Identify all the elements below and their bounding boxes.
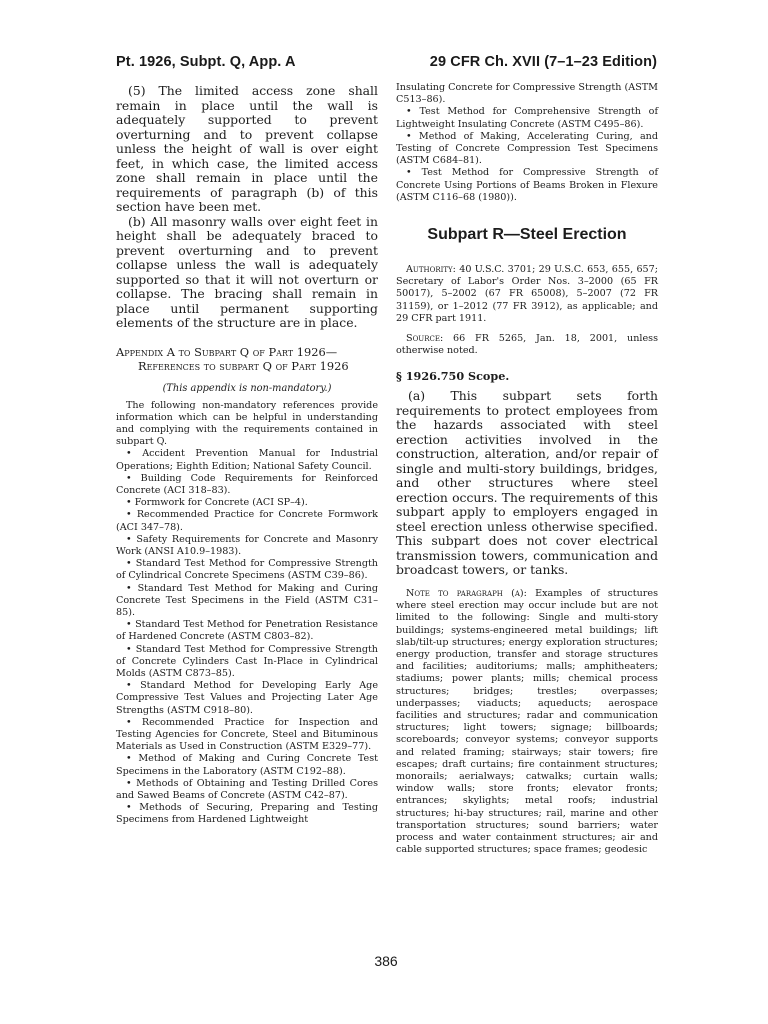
- reference-item: • Standard Test Method for Compressive S…: [116, 644, 378, 681]
- running-header-left: Pt. 1926, Subpt. Q, App. A: [116, 54, 296, 70]
- right-column: Insulating Concrete for Compressive Stre…: [396, 82, 658, 856]
- reference-item: • Standard Test Method for Compressive S…: [116, 558, 378, 582]
- authority-statement: Authority: 40 U.S.C. 3701; 29 U.S.C. 653…: [396, 264, 658, 325]
- paragraph-a: (a) This subpart sets forth requirements…: [396, 389, 658, 578]
- reference-item: • Method of Making, Accelerating Curing,…: [396, 131, 658, 168]
- reference-item: • Standard Test Method for Making and Cu…: [116, 583, 378, 620]
- appendix-nonmandatory-note: (This appendix is non-mandatory.): [116, 383, 378, 394]
- reference-continued: Insulating Concrete for Compressive Stre…: [396, 82, 658, 106]
- reference-item: • Method of Making and Curing Concrete T…: [116, 753, 378, 777]
- document-page: Pt. 1926, Subpt. Q, App. A 29 CFR Ch. XV…: [0, 0, 768, 1024]
- appendix-heading: Appendix A to Subpart Q of Part 1926—Ref…: [116, 345, 378, 373]
- reference-item: • Standard Test Method for Penetration R…: [116, 619, 378, 643]
- reference-item: • Accident Prevention Manual for Industr…: [116, 448, 378, 472]
- left-column: (5) The limited access zone shall remain…: [116, 84, 378, 827]
- note-label: Note to paragraph (a):: [406, 588, 527, 599]
- paragraph-5: (5) The limited access zone shall remain…: [116, 84, 378, 215]
- note-text: Examples of structures where steel erect…: [396, 588, 658, 855]
- reference-item: • Methods of Obtaining and Testing Drill…: [116, 778, 378, 802]
- subpart-heading: Subpart R—Steel Erection: [396, 226, 658, 244]
- source-statement: Source: 66 FR 5265, Jan. 18, 2001, unles…: [396, 333, 658, 357]
- reference-item: • Building Code Requirements for Reinfor…: [116, 473, 378, 497]
- note-to-paragraph-a: Note to paragraph (a): Examples of struc…: [396, 588, 658, 856]
- reference-item: • Recommended Practice for Inspection an…: [116, 717, 378, 754]
- reference-item: • Formwork for Concrete (ACI SP–4).: [116, 497, 378, 509]
- reference-item: • Test Method for Comprehensive Strength…: [396, 106, 658, 130]
- page-number: 386: [0, 953, 768, 969]
- paragraph-b: (b) All masonry walls over eight feet in…: [116, 215, 378, 331]
- reference-item: • Test Method for Compressive Strength o…: [396, 167, 658, 204]
- reference-item: • Standard Method for Developing Early A…: [116, 680, 378, 717]
- reference-item: • Recommended Practice for Concrete Form…: [116, 509, 378, 533]
- section-heading: § 1926.750 Scope.: [396, 369, 658, 383]
- authority-label: Authority:: [406, 264, 456, 275]
- appendix-intro: The following non-mandatory references p…: [116, 400, 378, 449]
- source-label: Source:: [406, 333, 443, 344]
- reference-item: • Safety Requirements for Concrete and M…: [116, 534, 378, 558]
- reference-item: • Methods of Securing, Preparing and Tes…: [116, 802, 378, 826]
- running-header-right: 29 CFR Ch. XVII (7–1–23 Edition): [430, 54, 657, 70]
